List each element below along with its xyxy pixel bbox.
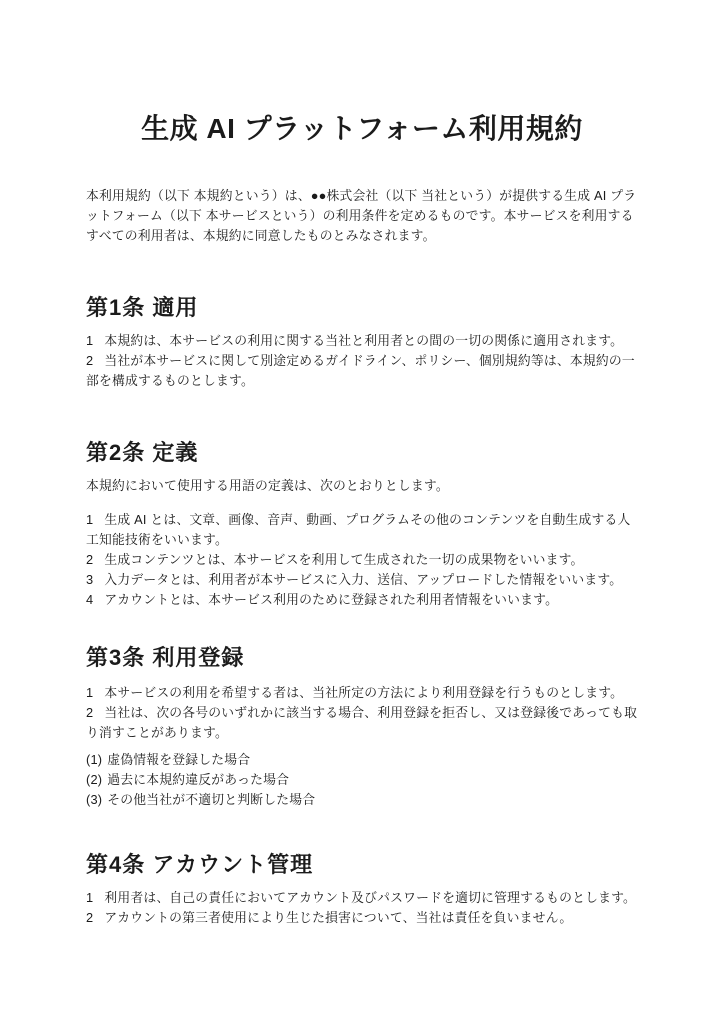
sublist-text: 過去に本規約違反があった場合 [107, 772, 289, 787]
item-number: 4 [86, 590, 93, 610]
item-number: 1 [86, 683, 93, 703]
document-title: 生成 AI プラットフォーム利用規約 [86, 110, 638, 148]
item-text: アカウントの第三者使用により生じた損害について、当社は責任を負いません。 [104, 910, 572, 925]
article-1-items: 1本規約は、本サービスの利用に関する当社と利用者との間の一切の関係に適用されます… [86, 331, 638, 391]
section-heading-article-4: 第4条 アカウント管理 [86, 851, 638, 879]
sublist-marker: (3) [86, 792, 102, 807]
numbered-item: 2当社が本サービスに関して別途定めるガイドライン、ポリシー、個別規約等は、本規約… [86, 351, 638, 391]
item-text: 本規約は、本サービスの利用に関する当社と利用者との間の一切の関係に適用されます。 [104, 333, 623, 348]
document-body: 生成 AI プラットフォーム利用規約 本利用規約（以下 本規約という）は、●●株… [86, 110, 638, 928]
item-text: 当社が本サービスに関して別途定めるガイドライン、ポリシー、個別規約等は、本規約の… [86, 353, 635, 388]
sublist-item: (2)過去に本規約違反があった場合 [86, 770, 638, 790]
sublist-marker: (1) [86, 752, 102, 767]
numbered-item: 2生成コンテンツとは、本サービスを利用して生成された一切の成果物をいいます。 [86, 550, 638, 570]
intro-paragraph: 本利用規約（以下 本規約という）は、●●株式会社（以下 当社という）が提供する生… [86, 186, 638, 246]
sublist-text: 虚偽情報を登録した場合 [107, 752, 250, 767]
article-4-items: 1利用者は、自己の責任においてアカウント及びパスワードを適切に管理するものとしま… [86, 888, 638, 928]
item-text: 本サービスの利用を希望する者は、当社所定の方法により利用登録を行うものとします。 [104, 685, 623, 700]
numbered-item: 1本規約は、本サービスの利用に関する当社と利用者との間の一切の関係に適用されます… [86, 331, 638, 351]
item-number: 2 [86, 908, 93, 928]
sublist-marker: (2) [86, 772, 102, 787]
item-number: 1 [86, 510, 93, 530]
item-text: 利用者は、自己の責任においてアカウント及びパスワードを適切に管理するものとします… [104, 890, 636, 905]
item-text: 当社は、次の各号のいずれかに該当する場合、利用登録を拒否し、又は登録後であっても… [86, 705, 637, 740]
numbered-item: 2当社は、次の各号のいずれかに該当する場合、利用登録を拒否し、又は登録後であって… [86, 703, 638, 743]
numbered-item: 1本サービスの利用を希望する者は、当社所定の方法により利用登録を行うものとします… [86, 683, 638, 703]
article-2-lead: 本規約において使用する用語の定義は、次のとおりとします。 [86, 476, 638, 496]
section-heading-article-3: 第3条 利用登録 [86, 644, 638, 672]
numbered-item: 2アカウントの第三者使用により生じた損害について、当社は責任を負いません。 [86, 908, 638, 928]
item-number: 2 [86, 550, 93, 570]
sublist-item: (1)虚偽情報を登録した場合 [86, 750, 638, 770]
section-heading-article-2: 第2条 定義 [86, 439, 638, 467]
item-number: 1 [86, 888, 93, 908]
item-text: 入力データとは、利用者が本サービスに入力、送信、アップロードした情報をいいます。 [104, 572, 622, 587]
sublist-text: その他当社が不適切と判断した場合 [107, 792, 315, 807]
section-heading-article-1: 第1条 適用 [86, 294, 638, 322]
item-number: 2 [86, 703, 93, 723]
article-3-sublist: (1)虚偽情報を登録した場合 (2)過去に本規約違反があった場合 (3)その他当… [86, 750, 638, 810]
numbered-item: 1利用者は、自己の責任においてアカウント及びパスワードを適切に管理するものとしま… [86, 888, 638, 908]
sublist-item: (3)その他当社が不適切と判断した場合 [86, 790, 638, 810]
article-2-items: 1生成 AI とは、文章、画像、音声、動画、プログラムその他のコンテンツを自動生… [86, 510, 638, 610]
item-number: 2 [86, 351, 93, 371]
item-number: 3 [86, 570, 93, 590]
item-text: アカウントとは、本サービス利用のために登録された利用者情報をいいます。 [104, 592, 558, 607]
item-text: 生成 AI とは、文章、画像、音声、動画、プログラムその他のコンテンツを自動生成… [86, 512, 630, 547]
numbered-item: 1生成 AI とは、文章、画像、音声、動画、プログラムその他のコンテンツを自動生… [86, 510, 638, 550]
document-page: 生成 AI プラットフォーム利用規約 本利用規約（以下 本規約という）は、●●株… [0, 0, 724, 1024]
item-text: 生成コンテンツとは、本サービスを利用して生成された一切の成果物をいいます。 [104, 552, 583, 567]
article-3-items: 1本サービスの利用を希望する者は、当社所定の方法により利用登録を行うものとします… [86, 683, 638, 743]
numbered-item: 3入力データとは、利用者が本サービスに入力、送信、アップロードした情報をいいます… [86, 570, 638, 590]
numbered-item: 4アカウントとは、本サービス利用のために登録された利用者情報をいいます。 [86, 590, 638, 610]
item-number: 1 [86, 331, 93, 351]
